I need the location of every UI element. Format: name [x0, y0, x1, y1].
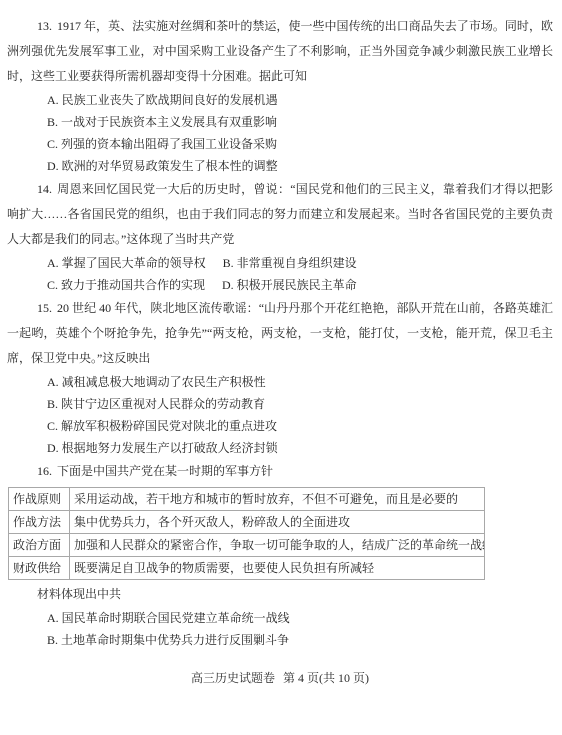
exam-page: 13.1917 年，英、法实施对丝绸和茶叶的禁运，使一些中国传统的出口商品失去了…	[0, 0, 562, 735]
question-14-option-c: C. 致力于推动国共合作的实现	[47, 278, 205, 292]
question-15-option-c: C. 解放军积极粉碎国民党对陕北的重点进攻	[47, 415, 553, 437]
question-16-followup: 材料体现出中共	[7, 582, 553, 607]
question-13: 13.1917 年，英、法实施对丝绸和茶叶的禁运，使一些中国传统的出口商品失去了…	[7, 14, 553, 177]
question-13-options: A. 民族工业丧失了欧战期间良好的发展机遇 B. 一战对于民族资本主义发展具有双…	[47, 89, 553, 177]
table-row-label: 政治方面	[9, 534, 70, 557]
question-13-text: 1917 年，英、法实施对丝绸和茶叶的禁运，使一些中国传统的出口商品失去了市场。…	[7, 19, 553, 83]
question-13-option-b: B. 一战对于民族资本主义发展具有双重影响	[47, 111, 553, 133]
question-16-number: 16.	[37, 464, 52, 478]
question-16: 16.下面是中国共产党在某一时期的军事方针 作战原则 采用运动战，若干地方和城市…	[7, 459, 553, 651]
table-row-operational-principle: 作战原则 采用运动战，若干地方和城市的暂时放弃，不但不可避免，而且是必要的	[9, 488, 485, 511]
table-row-political-aspect: 政治方面 加强和人民群众的紧密合作，争取一切可能争取的人，结成广泛的革命统一战线	[9, 534, 485, 557]
table-row-financial-supply: 财政供给 既要满足自卫战争的物质需要，也要使人民负担有所减轻	[9, 557, 485, 580]
question-14-option-a: A. 掌握了国民大革命的领导权	[47, 256, 206, 270]
question-13-option-a: A. 民族工业丧失了欧战期间良好的发展机遇	[47, 89, 553, 111]
table-row-content: 既要满足自卫战争的物质需要，也要使人民负担有所减轻	[70, 557, 485, 580]
military-policy-table: 作战原则 采用运动战，若干地方和城市的暂时放弃，不但不可避免，而且是必要的 作战…	[8, 487, 485, 580]
page-footer: 高三历史试题卷第 4 页(共 10 页)	[7, 669, 553, 686]
question-15-option-b: B. 陕甘宁边区重视对人民群众的劳动教育	[47, 393, 553, 415]
question-14-options-row-2: C. 致力于推动国共合作的实现 D. 积极开展民族民主革命	[47, 274, 553, 296]
question-16-options: A. 国民革命时期联合国民党建立革命统一战线 B. 土地革命时期集中优势兵力进行…	[47, 607, 553, 651]
question-16-option-b: B. 土地革命时期集中优势兵力进行反围剿斗争	[47, 629, 553, 651]
question-13-stem: 13.1917 年，英、法实施对丝绸和茶叶的禁运，使一些中国传统的出口商品失去了…	[7, 14, 553, 89]
question-15: 15.20 世纪 40 年代，陕北地区流传歌谣：“山丹丹那个开花红艳艳，部队开荒…	[7, 296, 553, 459]
table-row-label: 作战原则	[9, 488, 70, 511]
table-row-label: 作战方法	[9, 511, 70, 534]
table-row-content: 集中优势兵力，各个歼灭敌人，粉碎敌人的全面进攻	[70, 511, 485, 534]
question-16-option-a: A. 国民革命时期联合国民党建立革命统一战线	[47, 607, 553, 629]
question-15-stem: 15.20 世纪 40 年代，陕北地区流传歌谣：“山丹丹那个开花红艳艳，部队开荒…	[7, 296, 553, 371]
question-16-text: 下面是中国共产党在某一时期的军事方针	[57, 464, 273, 478]
question-15-text: 20 世纪 40 年代，陕北地区流传歌谣：“山丹丹那个开花红艳艳，部队开荒在山前…	[7, 301, 553, 365]
table-row-operational-method: 作战方法 集中优势兵力，各个歼灭敌人，粉碎敌人的全面进攻	[9, 511, 485, 534]
footer-page-info: 第 4 页(共 10 页)	[283, 671, 369, 685]
table-row-content: 加强和人民群众的紧密合作，争取一切可能争取的人，结成广泛的革命统一战线	[70, 534, 485, 557]
question-13-number: 13.	[37, 19, 52, 33]
question-14-text: 周恩来回忆国民党一大后的历史时，曾说：“国民党和他们的三民主义，靠着我们才得以把…	[7, 182, 553, 246]
table-row-label: 财政供给	[9, 557, 70, 580]
question-13-option-c: C. 列强的资本输出阻碍了我国工业设备采购	[47, 133, 553, 155]
question-15-option-d: D. 根据地努力发展生产以打破敌人经济封锁	[47, 437, 553, 459]
question-14: 14.周恩来回忆国民党一大后的历史时，曾说：“国民党和他们的三民主义，靠着我们才…	[7, 177, 553, 296]
question-14-option-d: D. 积极开展民族民主革命	[222, 278, 357, 292]
question-15-option-a: A. 减租减息极大地调动了农民生产积极性	[47, 371, 553, 393]
question-13-option-d: D. 欧洲的对华贸易政策发生了根本性的调整	[47, 155, 553, 177]
question-14-options-row-1: A. 掌握了国民大革命的领导权 B. 非常重视自身组织建设	[47, 252, 553, 274]
question-15-number: 15.	[37, 301, 52, 315]
question-14-number: 14.	[37, 182, 52, 196]
question-14-option-b: B. 非常重视自身组织建设	[223, 256, 357, 270]
question-15-options: A. 减租减息极大地调动了农民生产积极性 B. 陕甘宁边区重视对人民群众的劳动教…	[47, 371, 553, 459]
question-14-stem: 14.周恩来回忆国民党一大后的历史时，曾说：“国民党和他们的三民主义，靠着我们才…	[7, 177, 553, 252]
table-row-content: 采用运动战，若干地方和城市的暂时放弃，不但不可避免，而且是必要的	[70, 488, 485, 511]
footer-doc-title: 高三历史试题卷	[191, 671, 275, 685]
question-16-stem: 16.下面是中国共产党在某一时期的军事方针	[7, 459, 553, 484]
